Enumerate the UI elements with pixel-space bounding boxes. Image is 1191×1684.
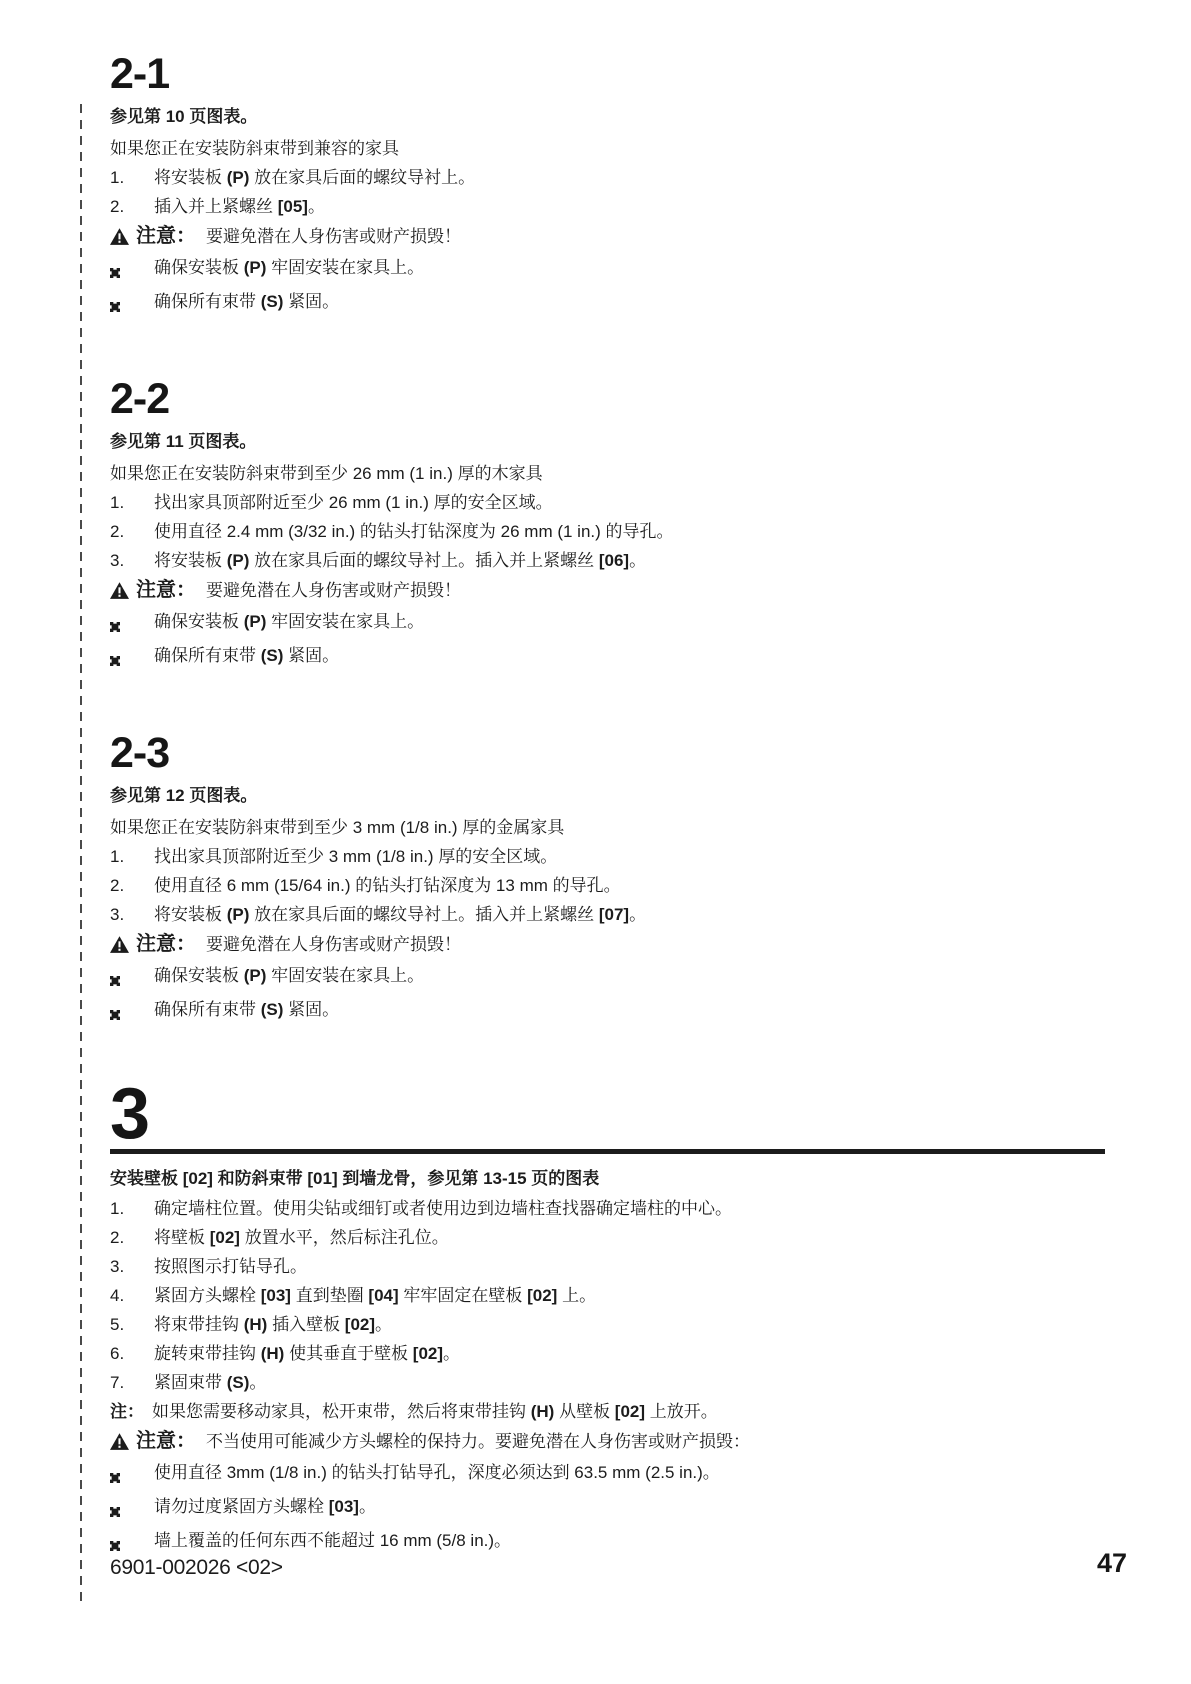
step-number: 3. [110, 550, 154, 571]
caution-row: 注意：要避免潜在人身伤害或财产损毁！ [110, 578, 1121, 603]
notched-square-bullet-icon [110, 999, 154, 1025]
step-text: 插入并上紧螺丝 [05]。 [154, 196, 1121, 217]
manual-page: 2-1参见第 10 页图表。如果您正在安装防斜束带到兼容的家具1.将安装板 (P… [0, 0, 1191, 1684]
step-item: 7.紧固束带 (S)。 [110, 1372, 1121, 1393]
step-item: 5.将束带挂钩 (H) 插入壁板 [02]。 [110, 1314, 1121, 1335]
step-number: 7. [110, 1372, 154, 1393]
section-heading: 2-3 [110, 731, 1121, 775]
note-row: 注：如果您需要移动家具，松开束带，然后将束带挂钩 (H) 从壁板 [02] 上放… [110, 1401, 1121, 1422]
step-text: 将安装板 (P) 放在家具后面的螺纹导衬上。 [154, 167, 1121, 188]
caution-bullet-text: 确保所有束带 (S) 紧固。 [154, 291, 1121, 312]
section-2-2: 2-2参见第 11 页图表。如果您正在安装防斜束带到至少 26 mm (1 in… [110, 377, 1121, 671]
step-number: 2. [110, 521, 154, 542]
step-number: 2. [110, 875, 154, 896]
caution-text: 要避免潜在人身伤害或财产损毁！ [206, 933, 1121, 957]
caution-bullet-text: 确保安装板 (P) 牢固安装在家具上。 [154, 257, 1121, 278]
step-text: 紧固束带 (S)。 [154, 1372, 1121, 1393]
step-item: 1.找出家具顶部附近至少 3 mm (1/8 in.) 厚的安全区域。 [110, 846, 1121, 867]
section-title: 安装壁板 [02] 和防斜束带 [01] 到墙龙骨，参见第 13-15 页的图表 [110, 1168, 1121, 1190]
step-number: 4. [110, 1285, 154, 1306]
caution-bullet-item: 确保所有束带 (S) 紧固。 [110, 999, 1121, 1025]
warning-triangle-icon [110, 1433, 129, 1450]
step-item: 2.插入并上紧螺丝 [05]。 [110, 196, 1121, 217]
step-number: 1. [110, 846, 154, 867]
notched-square-bullet-icon [110, 257, 154, 283]
step-item: 1.确定墙柱位置。使用尖钻或细钉或者使用边到边墙柱查找器确定墙柱的中心。 [110, 1198, 1121, 1219]
step-text: 找出家具顶部附近至少 3 mm (1/8 in.) 厚的安全区域。 [154, 846, 1121, 867]
step-text: 确定墙柱位置。使用尖钻或细钉或者使用边到边墙柱查找器确定墙柱的中心。 [154, 1198, 1121, 1219]
caution-bullet-text: 确保所有束带 (S) 紧固。 [154, 999, 1121, 1020]
caution-bullet-text: 请勿过度紧固方头螺栓 [03]。 [154, 1496, 1121, 1517]
section-intro: 如果您正在安装防斜束带到至少 3 mm (1/8 in.) 厚的金属家具 [110, 817, 1121, 838]
step-number: 3. [110, 1256, 154, 1277]
see-diagram-reference: 参见第 12 页图表。 [110, 785, 1121, 806]
caution-bullet-text: 确保所有束带 (S) 紧固。 [154, 645, 1121, 666]
see-diagram-reference: 参见第 10 页图表。 [110, 106, 1121, 127]
caution-text: 不当使用可能减少方头螺栓的保持力。要避免潜在人身伤害或财产损毁： [206, 1430, 1121, 1454]
section-3: 3安装壁板 [02] 和防斜束带 [01] 到墙龙骨，参见第 13-15 页的图… [110, 1081, 1121, 1556]
see-diagram-reference: 参见第 11 页图表。 [110, 431, 1121, 452]
step-text: 按照图示打钻导孔。 [154, 1256, 1121, 1277]
caution-text: 要避免潜在人身伤害或财产损毁！ [206, 225, 1121, 249]
step-number: 1. [110, 167, 154, 188]
notched-square-bullet-icon [110, 1462, 154, 1488]
step-item: 1.找出家具顶部附近至少 26 mm (1 in.) 厚的安全区域。 [110, 492, 1121, 513]
caution-label: 注意： [136, 224, 196, 248]
caution-bullet-text: 使用直径 3mm (1/8 in.) 的钻头打钻导孔，深度必须达到 63.5 m… [154, 1462, 1121, 1483]
page-content: 2-1参见第 10 页图表。如果您正在安装防斜束带到兼容的家具1.将安装板 (P… [110, 0, 1121, 1556]
step-item: 2.使用直径 6 mm (15/64 in.) 的钻头打钻深度为 13 mm 的… [110, 875, 1121, 896]
caution-row: 注意：要避免潜在人身伤害或财产损毁！ [110, 932, 1121, 957]
step-text: 紧固方头螺栓 [03] 直到垫圈 [04] 牢牢固定在壁板 [02] 上。 [154, 1285, 1121, 1306]
note-label: 注： [110, 1401, 144, 1422]
step-text: 使用直径 2.4 mm (3/32 in.) 的钻头打钻深度为 26 mm (1… [154, 521, 1121, 542]
section-heading: 3 [110, 1081, 1121, 1147]
caution-bullet-text: 确保安装板 (P) 牢固安装在家具上。 [154, 965, 1121, 986]
caution-bullet-item: 确保所有束带 (S) 紧固。 [110, 645, 1121, 671]
step-text: 将安装板 (P) 放在家具后面的螺纹导衬上。插入并上紧螺丝 [07]。 [154, 904, 1121, 925]
warning-triangle-icon [110, 228, 129, 245]
section-intro: 如果您正在安装防斜束带到兼容的家具 [110, 138, 1121, 159]
step-text: 找出家具顶部附近至少 26 mm (1 in.) 厚的安全区域。 [154, 492, 1121, 513]
step-item: 4.紧固方头螺栓 [03] 直到垫圈 [04] 牢牢固定在壁板 [02] 上。 [110, 1285, 1121, 1306]
section-intro: 如果您正在安装防斜束带到至少 26 mm (1 in.) 厚的木家具 [110, 463, 1121, 484]
notched-square-bullet-icon [110, 965, 154, 991]
warning-triangle-icon [110, 582, 129, 599]
caution-bullet-item: 确保安装板 (P) 牢固安装在家具上。 [110, 257, 1121, 283]
caution-bullet-item: 确保安装板 (P) 牢固安装在家具上。 [110, 611, 1121, 637]
heading-rule [110, 1149, 1105, 1154]
note-text: 如果您需要移动家具，松开束带，然后将束带挂钩 (H) 从壁板 [02] 上放开。 [152, 1401, 1121, 1422]
step-number: 1. [110, 492, 154, 513]
caution-label: 注意： [136, 932, 196, 956]
page-number: 47 [1097, 1548, 1127, 1579]
section-heading: 2-1 [110, 52, 1121, 96]
caution-bullet-item: 墙上覆盖的任何东西不能超过 16 mm (5/8 in.)。 [110, 1530, 1121, 1556]
caution-row: 注意：不当使用可能减少方头螺栓的保持力。要避免潜在人身伤害或财产损毁： [110, 1429, 1121, 1454]
document-number: 6901-002026 <02> [110, 1556, 283, 1580]
step-number: 1. [110, 1198, 154, 1219]
section-2-1: 2-1参见第 10 页图表。如果您正在安装防斜束带到兼容的家具1.将安装板 (P… [110, 52, 1121, 317]
step-number: 6. [110, 1343, 154, 1364]
notched-square-bullet-icon [110, 291, 154, 317]
step-item: 3.将安装板 (P) 放在家具后面的螺纹导衬上。插入并上紧螺丝 [06]。 [110, 550, 1121, 571]
warning-triangle-icon [110, 936, 129, 953]
step-text: 将安装板 (P) 放在家具后面的螺纹导衬上。插入并上紧螺丝 [06]。 [154, 550, 1121, 571]
step-text: 使用直径 6 mm (15/64 in.) 的钻头打钻深度为 13 mm 的导孔… [154, 875, 1121, 896]
caution-bullet-text: 确保安装板 (P) 牢固安装在家具上。 [154, 611, 1121, 632]
step-number: 5. [110, 1314, 154, 1335]
step-number: 3. [110, 904, 154, 925]
step-text: 将束带挂钩 (H) 插入壁板 [02]。 [154, 1314, 1121, 1335]
caution-bullet-item: 确保所有束带 (S) 紧固。 [110, 291, 1121, 317]
notched-square-bullet-icon [110, 1496, 154, 1522]
notched-square-bullet-icon [110, 645, 154, 671]
step-text: 将壁板 [02] 放置水平，然后标注孔位。 [154, 1227, 1121, 1248]
caution-bullet-text: 墙上覆盖的任何东西不能超过 16 mm (5/8 in.)。 [154, 1530, 1121, 1551]
step-item: 3.将安装板 (P) 放在家具后面的螺纹导衬上。插入并上紧螺丝 [07]。 [110, 904, 1121, 925]
step-text: 旋转束带挂钩 (H) 使其垂直于壁板 [02]。 [154, 1343, 1121, 1364]
section-2-3: 2-3参见第 12 页图表。如果您正在安装防斜束带到至少 3 mm (1/8 i… [110, 731, 1121, 1025]
caution-row: 注意：要避免潜在人身伤害或财产损毁！ [110, 224, 1121, 249]
step-number: 2. [110, 196, 154, 217]
step-item: 3.按照图示打钻导孔。 [110, 1256, 1121, 1277]
step-item: 2.将壁板 [02] 放置水平，然后标注孔位。 [110, 1227, 1121, 1248]
caution-label: 注意： [136, 578, 196, 602]
step-item: 6.旋转束带挂钩 (H) 使其垂直于壁板 [02]。 [110, 1343, 1121, 1364]
step-item: 2.使用直径 2.4 mm (3/32 in.) 的钻头打钻深度为 26 mm … [110, 521, 1121, 542]
notched-square-bullet-icon [110, 1530, 154, 1556]
step-number: 2. [110, 1227, 154, 1248]
caution-bullet-item: 请勿过度紧固方头螺栓 [03]。 [110, 1496, 1121, 1522]
section-heading: 2-2 [110, 377, 1121, 421]
caution-bullet-item: 使用直径 3mm (1/8 in.) 的钻头打钻导孔，深度必须达到 63.5 m… [110, 1462, 1121, 1488]
caution-label: 注意： [136, 1429, 196, 1453]
notched-square-bullet-icon [110, 611, 154, 637]
step-item: 1.将安装板 (P) 放在家具后面的螺纹导衬上。 [110, 167, 1121, 188]
caution-bullet-item: 确保安装板 (P) 牢固安装在家具上。 [110, 965, 1121, 991]
fold-dashed-line [80, 104, 82, 1602]
caution-text: 要避免潜在人身伤害或财产损毁！ [206, 579, 1121, 603]
